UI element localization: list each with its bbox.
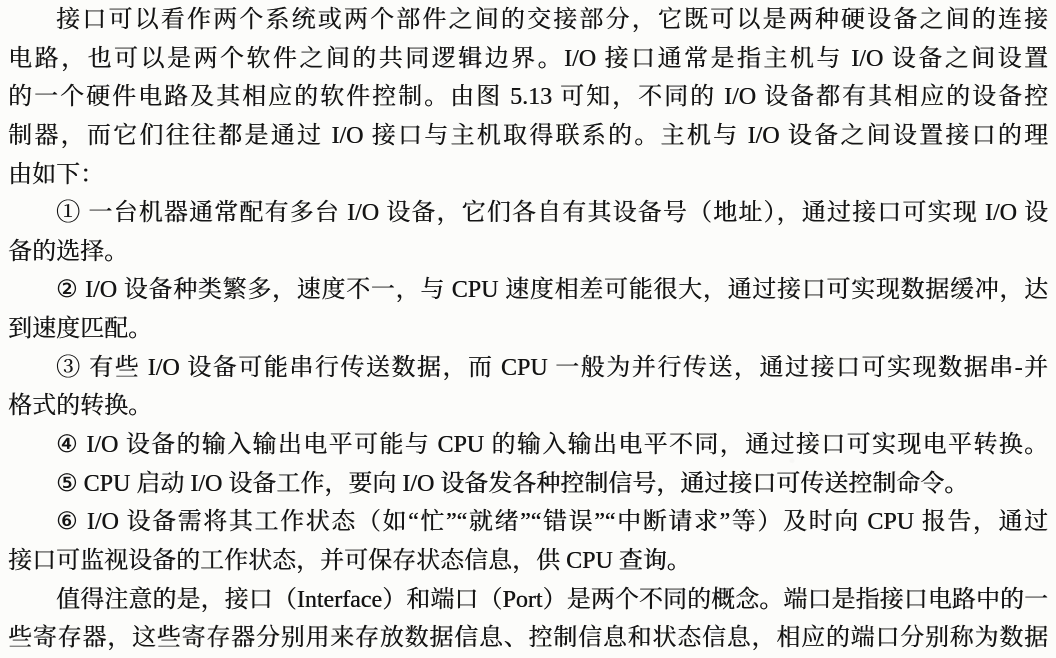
text-line: ④ I/O 设备的输入输出电平可能与 CPU 的输入输出电平不同，通过接口可实现…: [8, 426, 1048, 465]
text-line: 的一个硬件电路及其相应的软件控制。由图 5.13 可知，不同的 I/O 设备都有…: [8, 78, 1048, 117]
text-line: ② I/O 设备种类繁多，速度不一，与 CPU 速度相差可能很大，通过接口可实现…: [8, 271, 1048, 310]
page-lines: 接口可以看作两个系统或两个部件之间的交接部分，它既可以是两种硬设备之间的连接电路…: [8, 1, 1048, 658]
text-line: 由如下：: [8, 156, 1048, 195]
document-page: 接口可以看作两个系统或两个部件之间的交接部分，它既可以是两种硬设备之间的连接电路…: [0, 0, 1056, 658]
text-line: 制器，而它们往往都是通过 I/O 接口与主机取得联系的。主机与 I/O 设备之间…: [8, 117, 1048, 156]
text-line: ③ 有些 I/O 设备可能串行传送数据，而 CPU 一般为并行传送，通过接口可实…: [8, 349, 1048, 388]
text-line: 到速度匹配。: [8, 310, 1048, 349]
text-line: 电路，也可以是两个软件之间的共同逻辑边界。I/O 接口通常是指主机与 I/O 设…: [8, 40, 1048, 79]
text-line: 值得注意的是，接口（Interface）和端口（Port）是两个不同的概念。端口…: [8, 581, 1048, 620]
text-line: ① 一台机器通常配有多台 I/O 设备，它们各自有其设备号（地址），通过接口可实…: [8, 194, 1048, 233]
text-line: ⑤ CPU 启动 I/O 设备工作，要向 I/O 设备发各种控制信号，通过接口可…: [8, 465, 1048, 504]
text-line: 接口可监视设备的工作状态，并可保存状态信息，供 CPU 查询。: [8, 542, 1048, 581]
text-line: 接口可以看作两个系统或两个部件之间的交接部分，它既可以是两种硬设备之间的连接: [8, 1, 1048, 40]
text-line: 些寄存器，这些寄存器分别用来存放数据信息、控制信息和状态信息，相应的端口分别称为…: [8, 619, 1048, 658]
text-line: 备的选择。: [8, 233, 1048, 272]
text-line: 格式的转换。: [8, 387, 1048, 426]
text-line: ⑥ I/O 设备需将其工作状态（如“忙”“就绪”“错误”“中断请求”等）及时向 …: [8, 503, 1048, 542]
